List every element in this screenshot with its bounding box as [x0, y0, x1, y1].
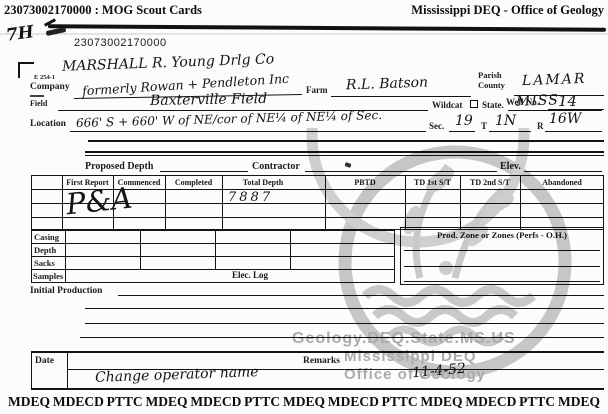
- footer-word: MDEQ: [421, 394, 463, 410]
- footer-word: MDECD: [190, 394, 241, 410]
- blank-rule-line: [80, 337, 604, 338]
- divider-line: [85, 155, 604, 156]
- card-top-edge: [48, 24, 606, 31]
- well-no-value-handwritten: 14: [558, 92, 577, 110]
- total-depth-value-handwritten: 7887: [228, 190, 273, 205]
- footer-word: MDEQ: [283, 394, 325, 410]
- corner-scribble: 7H: [5, 22, 35, 46]
- col-header-total-depth: Total Depth: [222, 178, 304, 187]
- row-label-casing: Casing: [34, 232, 59, 242]
- township-underline: [489, 131, 531, 132]
- casing-table-vline: [140, 230, 141, 269]
- elev-line: [524, 171, 602, 172]
- field-label: Field: [30, 99, 47, 108]
- farm-underline: [331, 96, 471, 97]
- parish-label: Parish: [478, 70, 502, 80]
- remarks-label: Remarks: [303, 356, 340, 366]
- bracket-mark: [18, 62, 34, 78]
- casing-table-vline: [215, 230, 216, 269]
- casing-table-hline: [31, 243, 395, 244]
- pa-status-handwritten: P&A: [64, 181, 133, 222]
- typed-card-number: 23073002170000: [74, 37, 167, 49]
- sec-label: Sec.: [429, 121, 444, 131]
- divider-line: [85, 151, 604, 153]
- row-label-sacks: Sacks: [34, 258, 55, 268]
- contractor-ink-mark: [344, 162, 351, 168]
- col-header-completed: Completed: [165, 178, 222, 187]
- wildcat-label: Wildcat: [432, 100, 462, 110]
- operator-name-handwritten: MARSHALL R. Young Drlg Co: [62, 51, 275, 74]
- footer-word: PTTC: [244, 394, 280, 410]
- date-box-left-line: [31, 351, 32, 389]
- divider-line: [88, 140, 604, 142]
- township-label: T: [481, 121, 487, 131]
- prod-zone-line: [404, 250, 600, 251]
- footer-word: PTTC: [382, 394, 418, 410]
- state-label: State.: [482, 100, 504, 110]
- date-box-bottom-line: [31, 388, 604, 390]
- remarks-value-handwritten: Change operator name: [95, 364, 259, 386]
- elec-log-label: Elec. Log: [205, 270, 295, 280]
- state-value-handwritten: MISS: [516, 92, 559, 109]
- prod-zone-label: Prod. Zone or Zones (Perfs - O.H.): [402, 230, 602, 240]
- footer-word: MDEQ: [558, 394, 600, 410]
- scan-shadow-line: [0, 33, 608, 35]
- casing-table-hline: [31, 256, 395, 257]
- col-header-td-1st: TD 1st S/T: [405, 178, 460, 187]
- contractor-line: [305, 171, 497, 172]
- date-label: Date: [35, 356, 54, 366]
- watermark-url-text: Geology.DEQ.State.MS.US: [292, 330, 516, 348]
- location-value-handwritten: 666' S + 660' W of NE/cor of NE¼ of NE¼ …: [76, 108, 382, 130]
- page-header-right: Mississippi DEQ - Office of Geology: [411, 3, 604, 18]
- proposed-depth-label: Proposed Depth: [85, 161, 153, 172]
- location-label: Location: [30, 119, 66, 129]
- prod-zone-line: [404, 281, 600, 282]
- prod-zone-line: [404, 266, 600, 267]
- county-label: County: [478, 80, 505, 90]
- wildcat-checkbox: [470, 100, 478, 108]
- col-header-abandoned: Abandoned: [520, 178, 604, 187]
- range-underline: [545, 131, 602, 132]
- sec-underline: [449, 131, 475, 132]
- footer-word: MDEQ: [8, 394, 50, 410]
- sec-value-handwritten: 19: [455, 113, 473, 129]
- range-label: R: [537, 121, 544, 131]
- location-underline: [70, 131, 426, 132]
- row-label-depth: Depth: [34, 245, 56, 255]
- form-number: E 254-1: [34, 74, 55, 81]
- footer-word: PTTC: [519, 394, 555, 410]
- contractor-label: Contractor: [252, 161, 300, 172]
- company-label: Company: [30, 82, 70, 92]
- field-value-handwritten: Baxterville Field: [150, 91, 267, 109]
- col-header-td-2nd: TD 2nd S/T: [460, 178, 520, 187]
- footer-stamp-row: MDEQ MDECD PTTC MDEQ MDECD PTTC MDEQ MDE…: [0, 394, 608, 410]
- field-label-smudge: [30, 95, 44, 97]
- elev-label: Elev.: [500, 161, 521, 172]
- casing-table-vline: [290, 230, 291, 269]
- date-box-top-line: [31, 351, 604, 353]
- footer-word: PTTC: [107, 394, 143, 410]
- blank-rule-line: [85, 308, 604, 309]
- initial-production-label: Initial Production: [30, 286, 102, 296]
- page-header-left: 23073002170000 : MOG Scout Cards: [4, 3, 202, 18]
- footer-word: MDEQ: [146, 394, 188, 410]
- county-value-handwritten: LAMAR: [522, 71, 587, 89]
- footer-word: MDECD: [465, 394, 516, 410]
- footer-word: MDECD: [328, 394, 379, 410]
- row-label-samples: Samples: [33, 271, 63, 281]
- col-header-pbtd: PBTD: [325, 178, 405, 187]
- proposed-depth-line: [160, 171, 248, 172]
- initial-production-line: [118, 295, 604, 296]
- township-value-handwritten: 1N: [495, 113, 516, 129]
- farm-value-handwritten: R.L. Batson: [346, 75, 429, 94]
- table-hline: [31, 217, 604, 218]
- blank-rule-line: [85, 323, 604, 324]
- footer-word: MDECD: [53, 394, 104, 410]
- range-value-handwritten: 16W: [549, 111, 581, 127]
- date-value-handwritten: 11-4-52: [411, 361, 466, 382]
- scout-card-page: 23073002170000 : MOG Scout Cards Mississ…: [0, 0, 608, 414]
- farm-label: Farm: [306, 85, 328, 95]
